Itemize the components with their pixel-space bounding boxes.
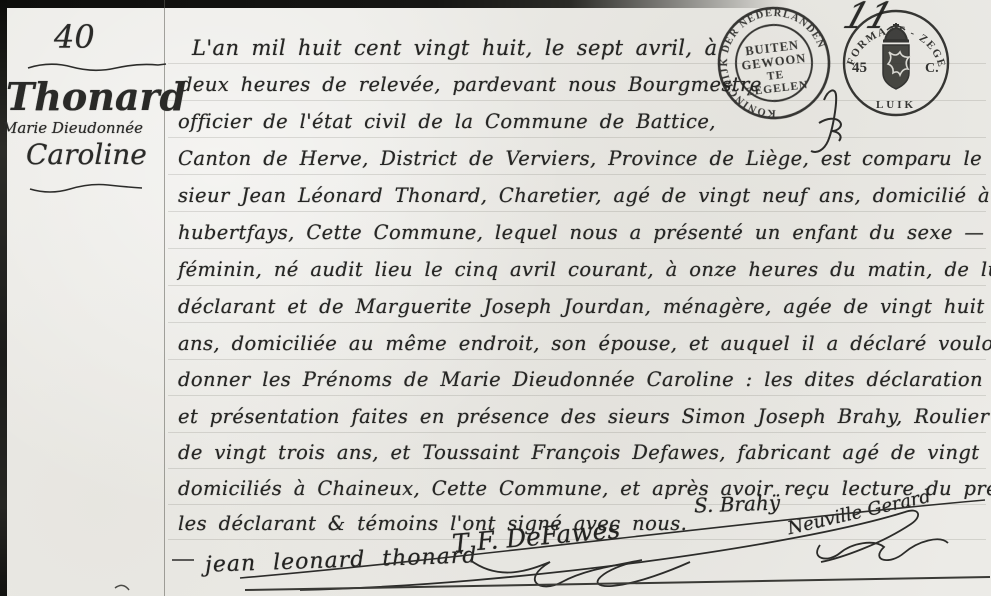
defawes-flourish: [470, 560, 690, 586]
document-scan: 40 Thonard Marie Dieudonnée Caroline L'a…: [0, 0, 991, 596]
stamp-buitengewoon: KONINGRIJK DER NEDERLANDEN BUITEN GEWOON…: [707, 0, 840, 129]
stamp-text-luik: LUIK: [876, 99, 916, 111]
stamp-value-45: 45: [852, 60, 867, 76]
page-bottom-edge: [245, 577, 990, 590]
act-line-5: sieur Jean Léonard Thonard, Charetier, a…: [178, 184, 990, 207]
act-line-2: deux heures de relevée, pardevant nous B…: [180, 73, 762, 96]
signature-brahy: S. Brahÿ: [694, 491, 781, 518]
lion-shield-icon: [883, 45, 909, 89]
guide-line: [168, 432, 986, 433]
officer-flourish-loops: [817, 539, 948, 560]
signature-father: jean leonard thonard: [205, 543, 478, 577]
act-line-11: et présentation faites en présence des s…: [178, 405, 991, 428]
stamp-text-zegelen: ZEGELEN: [745, 79, 809, 99]
margin-given-names-1: Marie Dieudonnée: [2, 119, 143, 137]
stamp-formaat-zegel: FORMAAT - ZEGEL 45 C. LUIK: [841, 8, 951, 118]
stamp-value-c: C.: [925, 61, 939, 76]
act-line-7: féminin, né audit lieu le cinq avril cou…: [178, 258, 991, 281]
guide-line: [168, 137, 986, 138]
act-line-9: ans, domiciliée au même endroit, son épo…: [178, 332, 991, 355]
act-number: 40: [54, 18, 95, 56]
act-line-1: L'an mil huit cent vingt huit, le sept a…: [192, 36, 718, 60]
act-line-12: de vingt trois ans, et Toussaint Françoi…: [178, 441, 991, 464]
margin-surname: Thonard: [6, 74, 186, 119]
act-line-8: déclarant et de Marguerite Joseph Jourda…: [178, 295, 985, 318]
margin-flourish-bottom: [30, 185, 142, 193]
guide-line: [168, 359, 986, 360]
guide-line: [168, 174, 986, 175]
act-line-4-right: comparu le: [862, 147, 982, 170]
act-line-4: Canton de Herve, District de Verviers, P…: [178, 147, 851, 170]
guide-line: [168, 468, 986, 469]
act-line-3: officier de l'état civil de la Commune d…: [178, 110, 716, 133]
stamp-text-te: TE: [766, 69, 785, 83]
margin-flourish-top: [28, 64, 166, 70]
cutoff-mark: [115, 585, 129, 590]
guide-line: [168, 395, 986, 396]
act-line-13: domiciliés à Chaineux, Cette Commune, et…: [178, 477, 991, 500]
act-line-10: donner les Prénoms de Marie Dieudonnée C…: [178, 368, 983, 391]
act-line-6: hubertfays, Cette Commune, lequel nous a…: [178, 221, 984, 244]
guide-line: [168, 285, 986, 286]
guide-line: [168, 211, 986, 212]
scan-top-edge: [0, 0, 790, 8]
margin-given-names-2: Caroline: [26, 138, 147, 171]
guide-line: [168, 248, 986, 249]
guide-line: [168, 322, 986, 323]
